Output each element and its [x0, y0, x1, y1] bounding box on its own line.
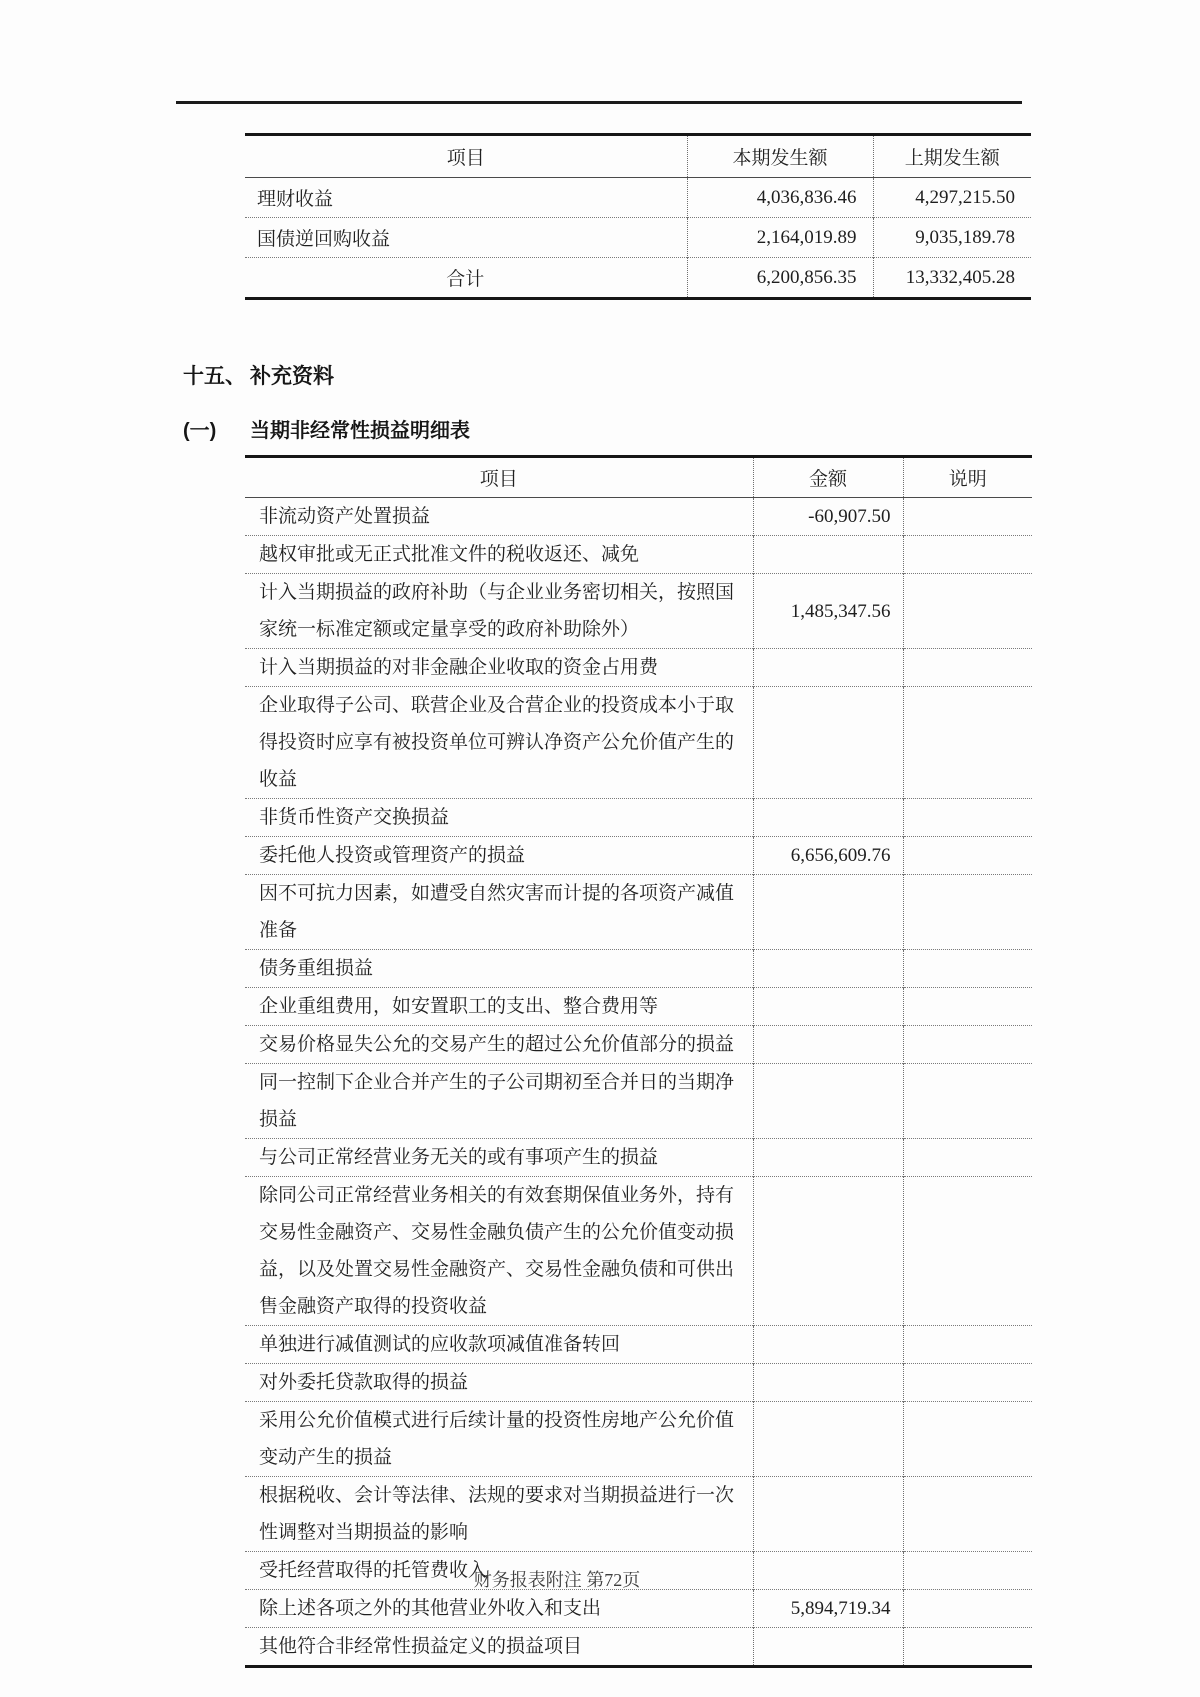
section-heading: 十五、 补充资料	[183, 360, 334, 390]
note-cell	[903, 1177, 1032, 1326]
header-row: 项目金额说明	[245, 457, 1032, 498]
item-cell: 计入当期损益的对非金融企业收取的资金占用费	[245, 649, 753, 687]
amount-cell	[753, 875, 903, 950]
current-period-amount-cell: 6,200,856.35	[687, 258, 873, 299]
item-cell: 对外委托贷款取得的损益	[245, 1364, 753, 1402]
table-row: 对外委托贷款取得的损益	[245, 1364, 1032, 1402]
column-header: 本期发生额	[687, 135, 873, 178]
amount-cell	[753, 1628, 903, 1667]
table-row: 委托他人投资或管理资产的损益6,656,609.76	[245, 837, 1032, 875]
section-title: 补充资料	[250, 360, 334, 390]
table-row: 非货币性资产交换损益	[245, 799, 1032, 837]
table-row: 合计6,200,856.3513,332,405.28	[245, 258, 1031, 299]
amount-cell	[753, 950, 903, 988]
amount-cell: 1,485,347.56	[753, 574, 903, 649]
amount-cell	[753, 1026, 903, 1064]
item-cell: 计入当期损益的政府补助（与企业业务密切相关，按照国家统一标准定额或定量享受的政府…	[245, 574, 753, 649]
table-row: 交易价格显失公允的交易产生的超过公允价值部分的损益	[245, 1026, 1032, 1064]
column-header: 项目	[245, 457, 753, 498]
table-row: 理财收益4,036,836.464,297,215.50	[245, 178, 1031, 218]
note-cell	[903, 1477, 1032, 1552]
note-cell	[903, 1590, 1032, 1628]
table-row: 除同公司正常经营业务相关的有效套期保值业务外，持有交易性金融资产、交易性金融负债…	[245, 1177, 1032, 1326]
note-cell	[903, 1139, 1032, 1177]
prior-period-amount-cell: 4,297,215.50	[873, 178, 1031, 218]
table-row: 单独进行减值测试的应收款项减值准备转回	[245, 1326, 1032, 1364]
column-header: 说明	[903, 457, 1032, 498]
current-period-amount-cell: 4,036,836.46	[687, 178, 873, 218]
note-cell	[903, 1026, 1032, 1064]
item-cell: 除上述各项之外的其他营业外收入和支出	[245, 1590, 753, 1628]
subsection-heading: (一) 当期非经常性损益明细表	[183, 414, 470, 443]
table-row: 企业取得子公司、联营企业及合营企业的投资成本小于取得投资时应享有被投资单位可辨认…	[245, 687, 1032, 799]
document-page: 项目本期发生额上期发生额 理财收益4,036,836.464,297,215.5…	[0, 0, 1200, 1697]
non-recurring-items-table: 项目金额说明 非流动资产处置损益-60,907.50越权审批或无正式批准文件的税…	[245, 455, 1032, 1668]
item-cell: 理财收益	[245, 178, 687, 218]
note-cell	[903, 1326, 1032, 1364]
table-row: 企业重组费用，如安置职工的支出、整合费用等	[245, 988, 1032, 1026]
amount-cell	[753, 649, 903, 687]
note-cell	[903, 875, 1032, 950]
amount-cell	[753, 1326, 903, 1364]
column-header: 金额	[753, 457, 903, 498]
note-cell	[903, 950, 1032, 988]
item-cell: 国债逆回购收益	[245, 218, 687, 258]
item-cell: 因不可抗力因素，如遭受自然灾害而计提的各项资产减值准备	[245, 875, 753, 950]
table-row: 越权审批或无正式批准文件的税收返还、减免	[245, 536, 1032, 574]
note-cell	[903, 536, 1032, 574]
amount-cell	[753, 1364, 903, 1402]
table-row: 采用公允价值模式进行后续计量的投资性房地产公允价值变动产生的损益	[245, 1402, 1032, 1477]
page-top-rule	[176, 101, 1022, 104]
table-row: 同一控制下企业合并产生的子公司期初至合并日的当期净损益	[245, 1064, 1032, 1139]
note-cell	[903, 837, 1032, 875]
item-cell: 同一控制下企业合并产生的子公司期初至合并日的当期净损益	[245, 1064, 753, 1139]
note-cell	[903, 1402, 1032, 1477]
note-cell	[903, 649, 1032, 687]
item-cell: 交易价格显失公允的交易产生的超过公允价值部分的损益	[245, 1026, 753, 1064]
note-cell	[903, 1628, 1032, 1667]
note-cell	[903, 687, 1032, 799]
table-row: 债务重组损益	[245, 950, 1032, 988]
current-period-amount-cell: 2,164,019.89	[687, 218, 873, 258]
amount-cell	[753, 687, 903, 799]
item-cell: 债务重组损益	[245, 950, 753, 988]
item-cell: 与公司正常经营业务无关的或有事项产生的损益	[245, 1139, 753, 1177]
item-cell: 企业取得子公司、联营企业及合营企业的投资成本小于取得投资时应享有被投资单位可辨认…	[245, 687, 753, 799]
item-cell: 单独进行减值测试的应收款项减值准备转回	[245, 1326, 753, 1364]
prior-period-amount-cell: 9,035,189.78	[873, 218, 1031, 258]
table-row: 计入当期损益的对非金融企业收取的资金占用费	[245, 649, 1032, 687]
item-cell: 采用公允价值模式进行后续计量的投资性房地产公允价值变动产生的损益	[245, 1402, 753, 1477]
item-cell: 委托他人投资或管理资产的损益	[245, 837, 753, 875]
note-cell	[903, 1364, 1032, 1402]
item-cell: 企业重组费用，如安置职工的支出、整合费用等	[245, 988, 753, 1026]
note-cell	[903, 988, 1032, 1026]
item-cell: 除同公司正常经营业务相关的有效套期保值业务外，持有交易性金融资产、交易性金融负债…	[245, 1177, 753, 1326]
table-row: 与公司正常经营业务无关的或有事项产生的损益	[245, 1139, 1032, 1177]
header-row: 项目本期发生额上期发生额	[245, 135, 1031, 178]
table-row: 非流动资产处置损益-60,907.50	[245, 498, 1032, 536]
page-footer: 财务报表附注 第72页	[0, 1566, 1114, 1592]
item-cell: 合计	[245, 258, 687, 299]
item-cell: 非货币性资产交换损益	[245, 799, 753, 837]
column-header: 上期发生额	[873, 135, 1031, 178]
amount-cell: 5,894,719.34	[753, 1590, 903, 1628]
table-row: 除上述各项之外的其他营业外收入和支出5,894,719.34	[245, 1590, 1032, 1628]
table-row: 计入当期损益的政府补助（与企业业务密切相关，按照国家统一标准定额或定量享受的政府…	[245, 574, 1032, 649]
amount-cell	[753, 536, 903, 574]
item-cell: 非流动资产处置损益	[245, 498, 753, 536]
subsection-title: 当期非经常性损益明细表	[250, 414, 470, 443]
table-row: 根据税收、会计等法律、法规的要求对当期损益进行一次性调整对当期损益的影响	[245, 1477, 1032, 1552]
section-number: 十五、	[183, 360, 250, 390]
table-row: 其他符合非经常性损益定义的损益项目	[245, 1628, 1032, 1667]
note-cell	[903, 1064, 1032, 1139]
income-summary-table: 项目本期发生额上期发生额 理财收益4,036,836.464,297,215.5…	[245, 133, 1031, 300]
subsection-number: (一)	[183, 414, 250, 443]
amount-cell	[753, 1402, 903, 1477]
amount-cell: -60,907.50	[753, 498, 903, 536]
amount-cell	[753, 1477, 903, 1552]
amount-cell	[753, 1177, 903, 1326]
prior-period-amount-cell: 13,332,405.28	[873, 258, 1031, 299]
amount-cell	[753, 1139, 903, 1177]
amount-cell: 6,656,609.76	[753, 837, 903, 875]
item-cell: 根据税收、会计等法律、法规的要求对当期损益进行一次性调整对当期损益的影响	[245, 1477, 753, 1552]
table-row: 国债逆回购收益2,164,019.899,035,189.78	[245, 218, 1031, 258]
note-cell	[903, 498, 1032, 536]
amount-cell	[753, 988, 903, 1026]
amount-cell	[753, 799, 903, 837]
amount-cell	[753, 1064, 903, 1139]
note-cell	[903, 799, 1032, 837]
table-row: 因不可抗力因素，如遭受自然灾害而计提的各项资产减值准备	[245, 875, 1032, 950]
item-cell: 越权审批或无正式批准文件的税收返还、减免	[245, 536, 753, 574]
item-cell: 其他符合非经常性损益定义的损益项目	[245, 1628, 753, 1667]
note-cell	[903, 574, 1032, 649]
column-header: 项目	[245, 135, 687, 178]
